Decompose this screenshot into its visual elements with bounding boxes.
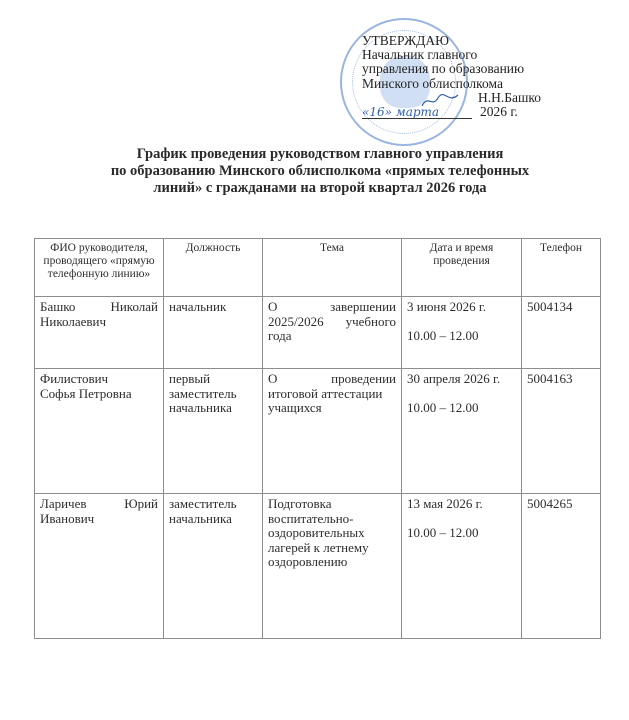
approval-heading: УТВЕРЖДАЮ — [362, 34, 541, 48]
header-topic: Тема — [263, 239, 402, 297]
approval-position-line: Начальник главного — [362, 48, 541, 62]
approval-signer: Н.Н.Башко — [362, 91, 541, 105]
cell-position: начальник — [164, 297, 263, 369]
approval-position-line: управления по образованию — [362, 62, 541, 76]
header-position: Должность — [164, 239, 263, 297]
title-line: линий» с гражданами на второй квартал 20… — [60, 180, 580, 197]
table-row: Башко НиколайНиколаевич начальник О заве… — [35, 297, 601, 369]
date-text: 13 мая 2026 г. — [407, 496, 483, 511]
title-line: График проведения руководством главного … — [60, 146, 580, 163]
approval-block: УТВЕРЖДАЮ Начальник главного управления … — [362, 34, 541, 119]
schedule-table: ФИО руководителя, проводящего «прямую те… — [34, 238, 601, 639]
header-datetime: Дата и время проведения — [402, 239, 522, 297]
cell-topic: О завершении2025/2026 учебного года — [263, 297, 402, 369]
cell-datetime: 30 апреля 2026 г.10.00 – 12.00 — [402, 369, 522, 494]
table-row: Ларичев ЮрийИванович заместитель начальн… — [35, 494, 601, 639]
cell-topic: Подготовкавоспитательно-оздоровительных … — [263, 494, 402, 639]
table-header-row: ФИО руководителя, проводящего «прямую те… — [35, 239, 601, 297]
date-text: 3 июня 2026 г. — [407, 299, 486, 314]
time-text: 10.00 – 12.00 — [407, 526, 516, 541]
cell-datetime: 13 мая 2026 г.10.00 – 12.00 — [402, 494, 522, 639]
cell-phone: 5004265 — [522, 494, 601, 639]
approval-position-line: Минского облисполкома — [362, 77, 541, 91]
approval-year: 2026 г. — [472, 104, 518, 119]
time-text: 10.00 – 12.00 — [407, 329, 516, 344]
date-text: 30 апреля 2026 г. — [407, 371, 500, 386]
approval-date-handwritten: «16» марта — [362, 106, 472, 119]
title-line: по образованию Минского облисполкома «пр… — [60, 163, 580, 180]
document-title: График проведения руководством главного … — [60, 146, 580, 197]
cell-name: Ларичев ЮрийИванович — [35, 494, 164, 639]
cell-position: заместитель начальника — [164, 494, 263, 639]
cell-topic: О проведенииитоговой аттестации учащихся — [263, 369, 402, 494]
header-phone: Телефон — [522, 239, 601, 297]
time-text: 10.00 – 12.00 — [407, 401, 516, 416]
table-row: ФилистовичСофья Петровна первый заместит… — [35, 369, 601, 494]
cell-name: ФилистовичСофья Петровна — [35, 369, 164, 494]
cell-position: первый заместитель начальника — [164, 369, 263, 494]
approval-date-line: «16» марта2026 г. — [362, 105, 541, 119]
header-name: ФИО руководителя, проводящего «прямую те… — [35, 239, 164, 297]
cell-name: Башко НиколайНиколаевич — [35, 297, 164, 369]
cell-phone: 5004163 — [522, 369, 601, 494]
cell-phone: 5004134 — [522, 297, 601, 369]
cell-datetime: 3 июня 2026 г.10.00 – 12.00 — [402, 297, 522, 369]
